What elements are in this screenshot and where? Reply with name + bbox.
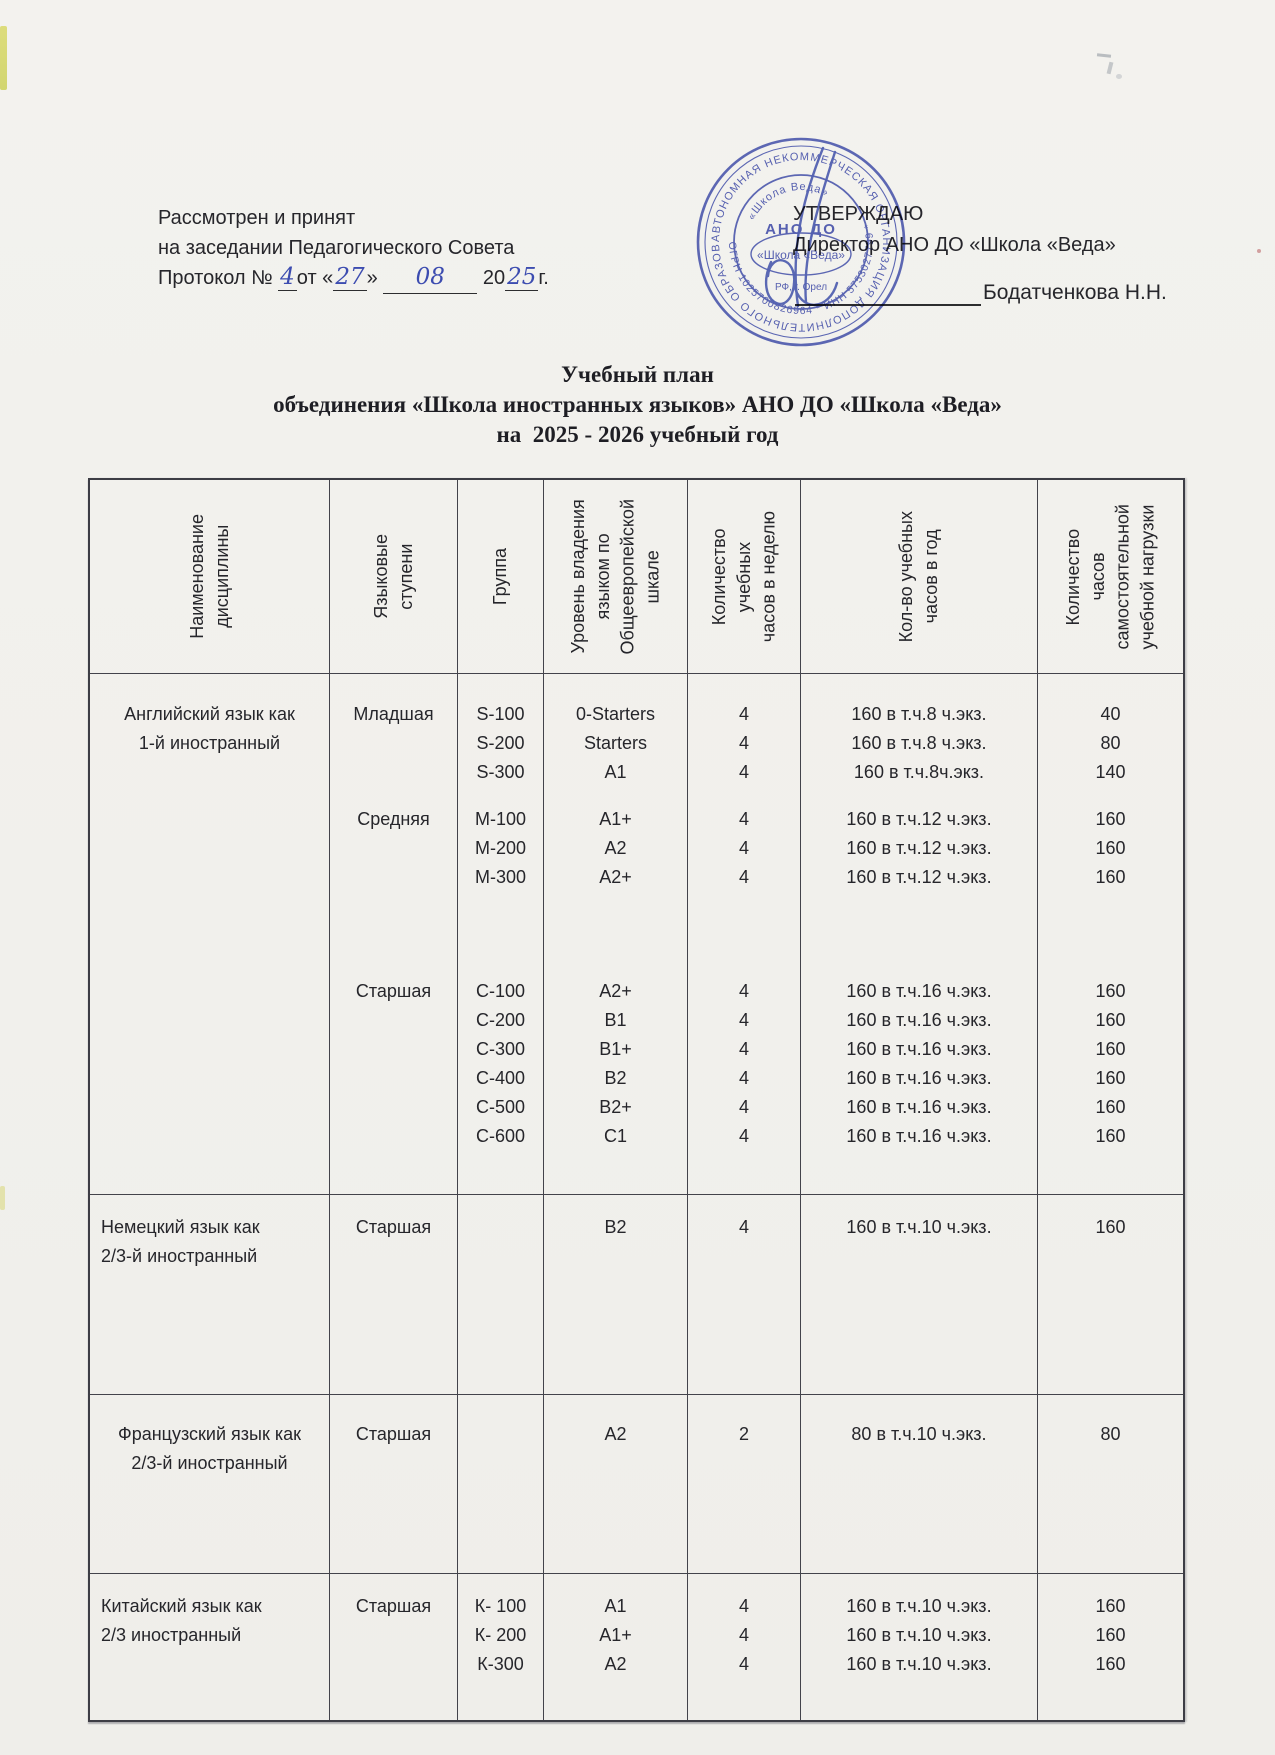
- table-cell-line: 4: [688, 1650, 800, 1679]
- protocol-quote-close: »: [367, 267, 384, 289]
- discipline-name: Французский язык как 2/3-й иностранный: [90, 1420, 329, 1478]
- table-cell-line: A1+: [544, 1621, 687, 1650]
- table-cell-line: 160: [1038, 977, 1183, 1006]
- table-cell-line: 80: [1038, 729, 1183, 758]
- levels-junior: 0-StartersStartersA1: [544, 700, 687, 787]
- cell-french-level: A2: [544, 1395, 688, 1574]
- stage-label: Старшая: [330, 1420, 457, 1449]
- header-label: Кол-во учебных часов в год: [894, 511, 944, 642]
- table-cell-line: A1+: [544, 805, 687, 834]
- table-cell-line: S-300: [458, 758, 543, 787]
- table-cell-line: 160 в т.ч.16 ч.экз.: [801, 1035, 1037, 1064]
- table-cell-line: C1: [544, 1122, 687, 1151]
- table-cell-line: 160 в т.ч.10 ч.экз.: [801, 1592, 1037, 1621]
- header-label: Количество учебных часов в неделю: [707, 511, 781, 642]
- scan-artifact-gray-dot: [1116, 74, 1122, 79]
- year-hours-senior: 160 в т.ч.16 ч.экз.160 в т.ч.16 ч.экз.16…: [801, 977, 1037, 1151]
- header-label: Количество часов самостоятельной учебной…: [1061, 504, 1160, 650]
- self-hours-junior: 4080140: [1038, 700, 1183, 787]
- stamp-center-line2: «Школа «Веда»: [757, 248, 845, 262]
- title-line-1: Учебный план: [0, 360, 1275, 390]
- table-cell-line: 160: [1038, 1093, 1183, 1122]
- self-hours-middle: 160160160: [1038, 805, 1183, 892]
- curriculum-table: Наименование дисциплины Языковые ступени…: [88, 478, 1185, 1722]
- table-cell-line: 4: [688, 700, 800, 729]
- handwritten-year: 25: [505, 264, 538, 291]
- table-cell-line: 4: [688, 1592, 800, 1621]
- table-cell-line: 160 в т.ч.16 ч.экз.: [801, 1064, 1037, 1093]
- table-cell-line: Starters: [544, 729, 687, 758]
- table-cell-line: К- 200: [458, 1621, 543, 1650]
- cell-english-self-hours: 4080140 160160160 160160160160160160: [1038, 674, 1183, 1195]
- table-cell-line: S-200: [458, 729, 543, 758]
- table-cell-line: 160 в т.ч.16 ч.экз.: [801, 977, 1037, 1006]
- week-hours-value: 2: [688, 1420, 800, 1449]
- stage-label: Младшая: [330, 700, 457, 729]
- level-value: A2: [544, 1420, 687, 1449]
- cell-german-stage: Старшая: [330, 1195, 458, 1395]
- table-cell-line: 4: [688, 1093, 800, 1122]
- table-cell-line: С-400: [458, 1064, 543, 1093]
- approval-line-1: Рассмотрен и принят: [158, 203, 549, 233]
- self-hours: 160160160: [1038, 1592, 1183, 1679]
- week-hours-senior: 444444: [688, 977, 800, 1151]
- table-cell-line: С-100: [458, 977, 543, 1006]
- week-hours-middle: 444: [688, 805, 800, 892]
- table-cell-line: С-300: [458, 1035, 543, 1064]
- cell-chinese-levels: A1A1+A2: [544, 1574, 688, 1720]
- table-cell-line: К-300: [458, 1650, 543, 1679]
- table-cell-line: С-600: [458, 1122, 543, 1151]
- table-cell-line: A1: [544, 1592, 687, 1621]
- cell-german-hours-year: 160 в т.ч.10 ч.экз.: [801, 1195, 1038, 1395]
- table-cell-line: S-100: [458, 700, 543, 729]
- table-cell-line: 160 в т.ч.8 ч.экз.: [801, 700, 1037, 729]
- table-cell-line: 4: [688, 1621, 800, 1650]
- table-cell-line: B2+: [544, 1093, 687, 1122]
- header-label: Группа: [488, 548, 513, 605]
- cell-chinese-hours-year: 160 в т.ч.10 ч.экз.160 в т.ч.10 ч.экз.16…: [801, 1574, 1038, 1720]
- cell-french-group: [458, 1395, 544, 1574]
- cell-french-hours-week: 2: [688, 1395, 801, 1574]
- year-hours-value: 160 в т.ч.10 ч.экз.: [801, 1213, 1037, 1242]
- protocol-mid: от «: [297, 267, 334, 289]
- table-cell-line: 160: [1038, 1650, 1183, 1679]
- director-signature-name: Бодатченкова Н.Н.: [983, 281, 1167, 305]
- cell-german-discipline: Немецкий язык как 2/3-й иностранный: [90, 1195, 330, 1395]
- cell-french-discipline: Французский язык как 2/3-й иностранный: [90, 1395, 330, 1574]
- table-cell-line: B2: [544, 1064, 687, 1093]
- levels: A1A1+A2: [544, 1592, 687, 1679]
- levels-senior: A2+B1B1+B2B2+C1: [544, 977, 687, 1151]
- table-cell-line: 160 в т.ч.16 ч.экз.: [801, 1122, 1037, 1151]
- month-blank-line: 08: [383, 263, 477, 294]
- protocol-line: Протокол № 4от «27» 08 2025г.: [158, 263, 549, 294]
- table-cell-line: A2: [544, 1650, 687, 1679]
- table-cell-line: 160: [1038, 1621, 1183, 1650]
- table-cell-line: 4: [688, 863, 800, 892]
- stage-label: Средняя: [330, 805, 457, 834]
- table-cell-line: 160 в т.ч.12 ч.экз.: [801, 805, 1037, 834]
- table-cell-line: 160 в т.ч.10 ч.экз.: [801, 1621, 1037, 1650]
- year-hours-junior: 160 в т.ч.8 ч.экз.160 в т.ч.8 ч.экз.160 …: [801, 700, 1037, 787]
- cell-german-hours-week: 4: [688, 1195, 801, 1395]
- table-cell-line: 160 в т.ч.16 ч.экз.: [801, 1093, 1037, 1122]
- header-cell-hours-year: Кол-во учебных часов в год: [801, 480, 1038, 674]
- table-cell-line: 160: [1038, 834, 1183, 863]
- cell-chinese-groups: К- 100К- 200К-300: [458, 1574, 544, 1720]
- cell-german-level: B2: [544, 1195, 688, 1395]
- protocol-prefix: Протокол №: [158, 267, 278, 289]
- stamp-inner-arc-text: «Школа Веда»: [746, 181, 831, 222]
- table-cell-line: 40: [1038, 700, 1183, 729]
- table-cell-line: 160 в т.ч.16 ч.экз.: [801, 1006, 1037, 1035]
- table-cell-line: B1: [544, 1006, 687, 1035]
- handwritten-protocol-number: 4: [278, 264, 297, 291]
- table-cell-line: С-200: [458, 1006, 543, 1035]
- week-hours-value: 4: [688, 1213, 800, 1242]
- table-cell-line: 4: [688, 1035, 800, 1064]
- year-suffix: г.: [538, 267, 548, 289]
- group-codes-middle: М-100М-200М-300: [458, 805, 543, 892]
- cell-chinese-stage: Старшая: [330, 1574, 458, 1720]
- handwritten-day: 27: [333, 264, 366, 291]
- scan-artifact-red-dot: [1257, 249, 1261, 253]
- cell-french-stage: Старшая: [330, 1395, 458, 1574]
- header-cell-group: Группа: [458, 480, 544, 674]
- table-cell-line: 160: [1038, 1035, 1183, 1064]
- table-cell-line: A2+: [544, 977, 687, 1006]
- cell-chinese-hours-week: 444: [688, 1574, 801, 1720]
- self-hours-senior: 160160160160160160: [1038, 977, 1183, 1151]
- table-cell-line: 160 в т.ч.8 ч.экз.: [801, 729, 1037, 758]
- week-hours-junior: 444: [688, 700, 800, 787]
- scan-artifact-yellow-strip: [0, 26, 7, 90]
- cell-chinese-self-hours: 160160160: [1038, 1574, 1183, 1720]
- table-cell-line: B1+: [544, 1035, 687, 1064]
- group-codes-senior: С-100С-200С-300С-400С-500С-600: [458, 977, 543, 1151]
- table-cell-line: К- 100: [458, 1592, 543, 1621]
- self-hours-value: 160: [1038, 1213, 1183, 1242]
- table-cell-line: 4: [688, 1006, 800, 1035]
- discipline-name: Немецкий язык как 2/3-й иностранный: [90, 1213, 329, 1271]
- cell-english-discipline: Английский язык как 1-й иностранный: [90, 674, 330, 1195]
- scan-artifact-gray-mark: [1097, 53, 1111, 57]
- document-title: Учебный план объединения «Школа иностран…: [0, 360, 1275, 450]
- discipline-name: Китайский язык как 2/3 иностранный: [90, 1592, 329, 1650]
- handwritten-month: 08: [416, 264, 445, 290]
- table-cell-line: 4: [688, 1064, 800, 1093]
- header-cell-level: Уровень владения языком по Общеевропейск…: [544, 480, 688, 674]
- scan-artifact-yellow-speck: [0, 1186, 5, 1210]
- stage-label: Старшая: [330, 1592, 457, 1621]
- stamp-city-text: РФ, г. Орел: [775, 282, 827, 293]
- cell-english-groups: S-100S-200S-300 М-100М-200М-300 С-100С-2…: [458, 674, 544, 1195]
- table-cell-line: 4: [688, 729, 800, 758]
- approval-line-2: на заседании Педагогического Совета: [158, 233, 549, 263]
- table-cell-line: 160: [1038, 1006, 1183, 1035]
- table-cell-line: 4: [688, 1122, 800, 1151]
- discipline-name: Английский язык как 1-й иностранный: [90, 700, 329, 758]
- table-cell-line: 160: [1038, 1122, 1183, 1151]
- table-cell-line: 160 в т.ч.8ч.экз.: [801, 758, 1037, 787]
- header-cell-discipline: Наименование дисциплины: [90, 480, 330, 674]
- table-cell-line: 140: [1038, 758, 1183, 787]
- levels-middle: A1+A2A2+: [544, 805, 687, 892]
- year-hours-middle: 160 в т.ч.12 ч.экз.160 в т.ч.12 ч.экз.16…: [801, 805, 1037, 892]
- header-cell-stage: Языковые ступени: [330, 480, 458, 674]
- svg-text:«Школа Веда»: «Школа Веда»: [746, 181, 831, 222]
- cell-english-hours-week: 444 444 444444: [688, 674, 801, 1195]
- table-cell-line: М-200: [458, 834, 543, 863]
- table-cell-line: 4: [688, 758, 800, 787]
- approval-left-block: Рассмотрен и принят на заседании Педагог…: [158, 203, 549, 294]
- header-cell-self-hours: Количество часов самостоятельной учебной…: [1038, 480, 1183, 674]
- title-line-2: объединения «Школа иностранных языков» А…: [0, 390, 1275, 420]
- table-cell-line: 160: [1038, 1064, 1183, 1093]
- title-line-3: на 2025 - 2026 учебный год: [0, 420, 1275, 450]
- table-cell-line: A2: [544, 834, 687, 863]
- cell-english-levels: 0-StartersStartersA1 A1+A2A2+ A2+B1B1+B2…: [544, 674, 688, 1195]
- header-cell-hours-week: Количество учебных часов в неделю: [688, 480, 801, 674]
- table-cell-line: 160: [1038, 805, 1183, 834]
- week-hours: 444: [688, 1592, 800, 1679]
- table-cell-line: 160 в т.ч.12 ч.экз.: [801, 834, 1037, 863]
- cell-chinese-discipline: Китайский язык как 2/3 иностранный: [90, 1574, 330, 1720]
- header-label: Языковые ступени: [369, 534, 419, 619]
- table-cell-line: 4: [688, 805, 800, 834]
- self-hours-value: 80: [1038, 1420, 1183, 1449]
- stage-label: Старшая: [330, 1213, 457, 1242]
- cell-english-hours-year: 160 в т.ч.8 ч.экз.160 в т.ч.8 ч.экз.160 …: [801, 674, 1038, 1195]
- table-cell-line: 4: [688, 977, 800, 1006]
- cell-english-stages: Младшая Средняя Старшая: [330, 674, 458, 1195]
- table-cell-line: М-300: [458, 863, 543, 892]
- table-cell-line: A1: [544, 758, 687, 787]
- table-cell-line: 160: [1038, 863, 1183, 892]
- table-cell-line: 160: [1038, 1592, 1183, 1621]
- cell-french-self-hours: 80: [1038, 1395, 1183, 1574]
- group-codes: К- 100К- 200К-300: [458, 1592, 543, 1679]
- group-codes-junior: S-100S-200S-300: [458, 700, 543, 787]
- table-cell-line: 4: [688, 834, 800, 863]
- year-prefix: 20: [477, 267, 505, 289]
- stage-label: Старшая: [330, 977, 457, 1006]
- year-hours: 160 в т.ч.10 ч.экз.160 в т.ч.10 ч.экз.16…: [801, 1592, 1037, 1679]
- scan-artifact-gray-mark: [1107, 62, 1114, 75]
- table-cell-line: 160 в т.ч.12 ч.экз.: [801, 863, 1037, 892]
- header-label: Наименование дисциплины: [185, 514, 235, 639]
- cell-german-self-hours: 160: [1038, 1195, 1183, 1395]
- header-label: Уровень владения языком по Общеевропейск…: [566, 499, 665, 654]
- year-hours-value: 80 в т.ч.10 ч.экз.: [801, 1420, 1037, 1449]
- table-cell-line: М-100: [458, 805, 543, 834]
- cell-german-group: [458, 1195, 544, 1395]
- round-stamp: АВТОНОМНАЯ НЕКОММЕРЧЕСКАЯ ОРГАНИЗАЦИЯ ДО…: [693, 134, 909, 350]
- level-value: B2: [544, 1213, 687, 1242]
- table-cell-line: 160 в т.ч.10 ч.экз.: [801, 1650, 1037, 1679]
- table-cell-line: С-500: [458, 1093, 543, 1122]
- table-cell-line: 0-Starters: [544, 700, 687, 729]
- scanned-document-page: Рассмотрен и принят на заседании Педагог…: [0, 0, 1275, 1755]
- cell-french-hours-year: 80 в т.ч.10 ч.экз.: [801, 1395, 1038, 1574]
- table-cell-line: A2+: [544, 863, 687, 892]
